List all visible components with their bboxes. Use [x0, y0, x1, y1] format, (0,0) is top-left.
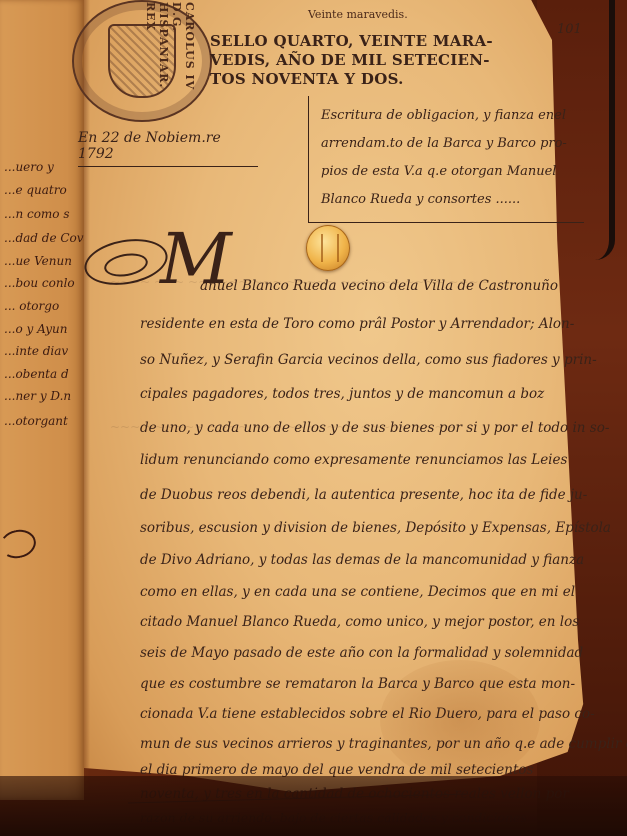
left-page-line: ...ue Venun [4, 254, 72, 268]
left-page-line: ...otorgant [4, 414, 68, 428]
left-page-line: ...ner y D.n [4, 389, 71, 403]
folio-number: 101 [557, 22, 582, 37]
table-shadow [0, 776, 627, 836]
ink-flourish-icon [0, 527, 39, 562]
summary-line: pios de esta V.a q.e otorgan Manuel [321, 164, 556, 179]
body-line: anuel Blanco Rueda vecino dela Villa de … [200, 278, 558, 294]
left-page-line: ...inte diav [4, 344, 68, 358]
body-line: citado Manuel Blanco Rueda, como unico, … [140, 614, 579, 630]
page-gutter-shadow [84, 0, 90, 790]
body-line: lidum renunciando como expresamente renu… [140, 452, 567, 468]
body-line: de Divo Adriano, y todas las demas de la… [140, 552, 584, 568]
body-line: cionada V.a tiene establecidos sobre el … [140, 706, 595, 722]
left-page-line: ...obenta d [4, 367, 69, 381]
stamp-line: tos noventa y dos. [210, 70, 510, 89]
body-line: cipales pagadores, todos tres, juntos y … [140, 386, 544, 402]
summary-line: Escritura de obligacion, y fianza enel [321, 108, 566, 123]
marginal-summary-box: Escritura de obligacion, y fianza enel a… [308, 96, 584, 223]
stamp-mark: ˇ [292, 0, 297, 7]
left-page-line: ... otorgo [4, 299, 59, 313]
body-line: so Nuñez, y Serafin Garcia vecinos della… [140, 352, 597, 368]
summary-line: arrendam.to de la Barca y Barco pro- [321, 136, 567, 151]
left-facing-page: ...uero y ...e quatro ...n como s ...dad… [0, 0, 84, 800]
body-line: soribus, escusion y division de bienes, … [140, 520, 611, 536]
body-line: de uno, y cada uno de ellos y de sus bie… [140, 420, 609, 436]
left-page-line: ...bou conlo [4, 276, 75, 290]
stamp-line: vedis, año de mil setecien- [210, 51, 510, 70]
document-date: En 22 de Nobiem.re 1792 [78, 130, 258, 167]
body-line: seis de Mayo pasado de este año con la f… [140, 645, 583, 661]
body-line: residente en esta de Toro como prâl Post… [140, 316, 574, 332]
seal-legend: CAROLUS IV D.G. HISPANIAR. REX [148, 2, 196, 112]
body-line: mun de sus vecinos arrieros y traginante… [140, 736, 627, 752]
printed-stamp-text: Sello quarto, veinte mara- vedis, año de… [210, 32, 510, 89]
body-line: de Duobus reos debendi, la autentica pre… [140, 487, 587, 503]
left-page-line: ...dad de Cova [4, 231, 84, 245]
stamp-line: Sello quarto, veinte mara- [210, 32, 510, 51]
left-page-line: ...n como s [4, 207, 70, 221]
coin-emblem-icon [321, 234, 339, 262]
left-page-line: ...e quatro [4, 183, 67, 197]
body-line: como en ellas, y en cada una se contiene… [140, 584, 575, 600]
left-page-line: ...uero y [4, 160, 54, 174]
summary-line: Blanco Rueda y consortes ...... [321, 192, 520, 207]
black-cable [595, 0, 615, 260]
left-page-line: ...o y Ayun [4, 322, 68, 336]
stamp-value-text: Veinte maravedis. [308, 8, 408, 21]
gold-coin [306, 225, 350, 271]
photo-scene: ...uero y ...e quatro ...n como s ...dad… [0, 0, 627, 836]
body-line: que es costumbre se remataron la Barca y… [140, 676, 575, 692]
